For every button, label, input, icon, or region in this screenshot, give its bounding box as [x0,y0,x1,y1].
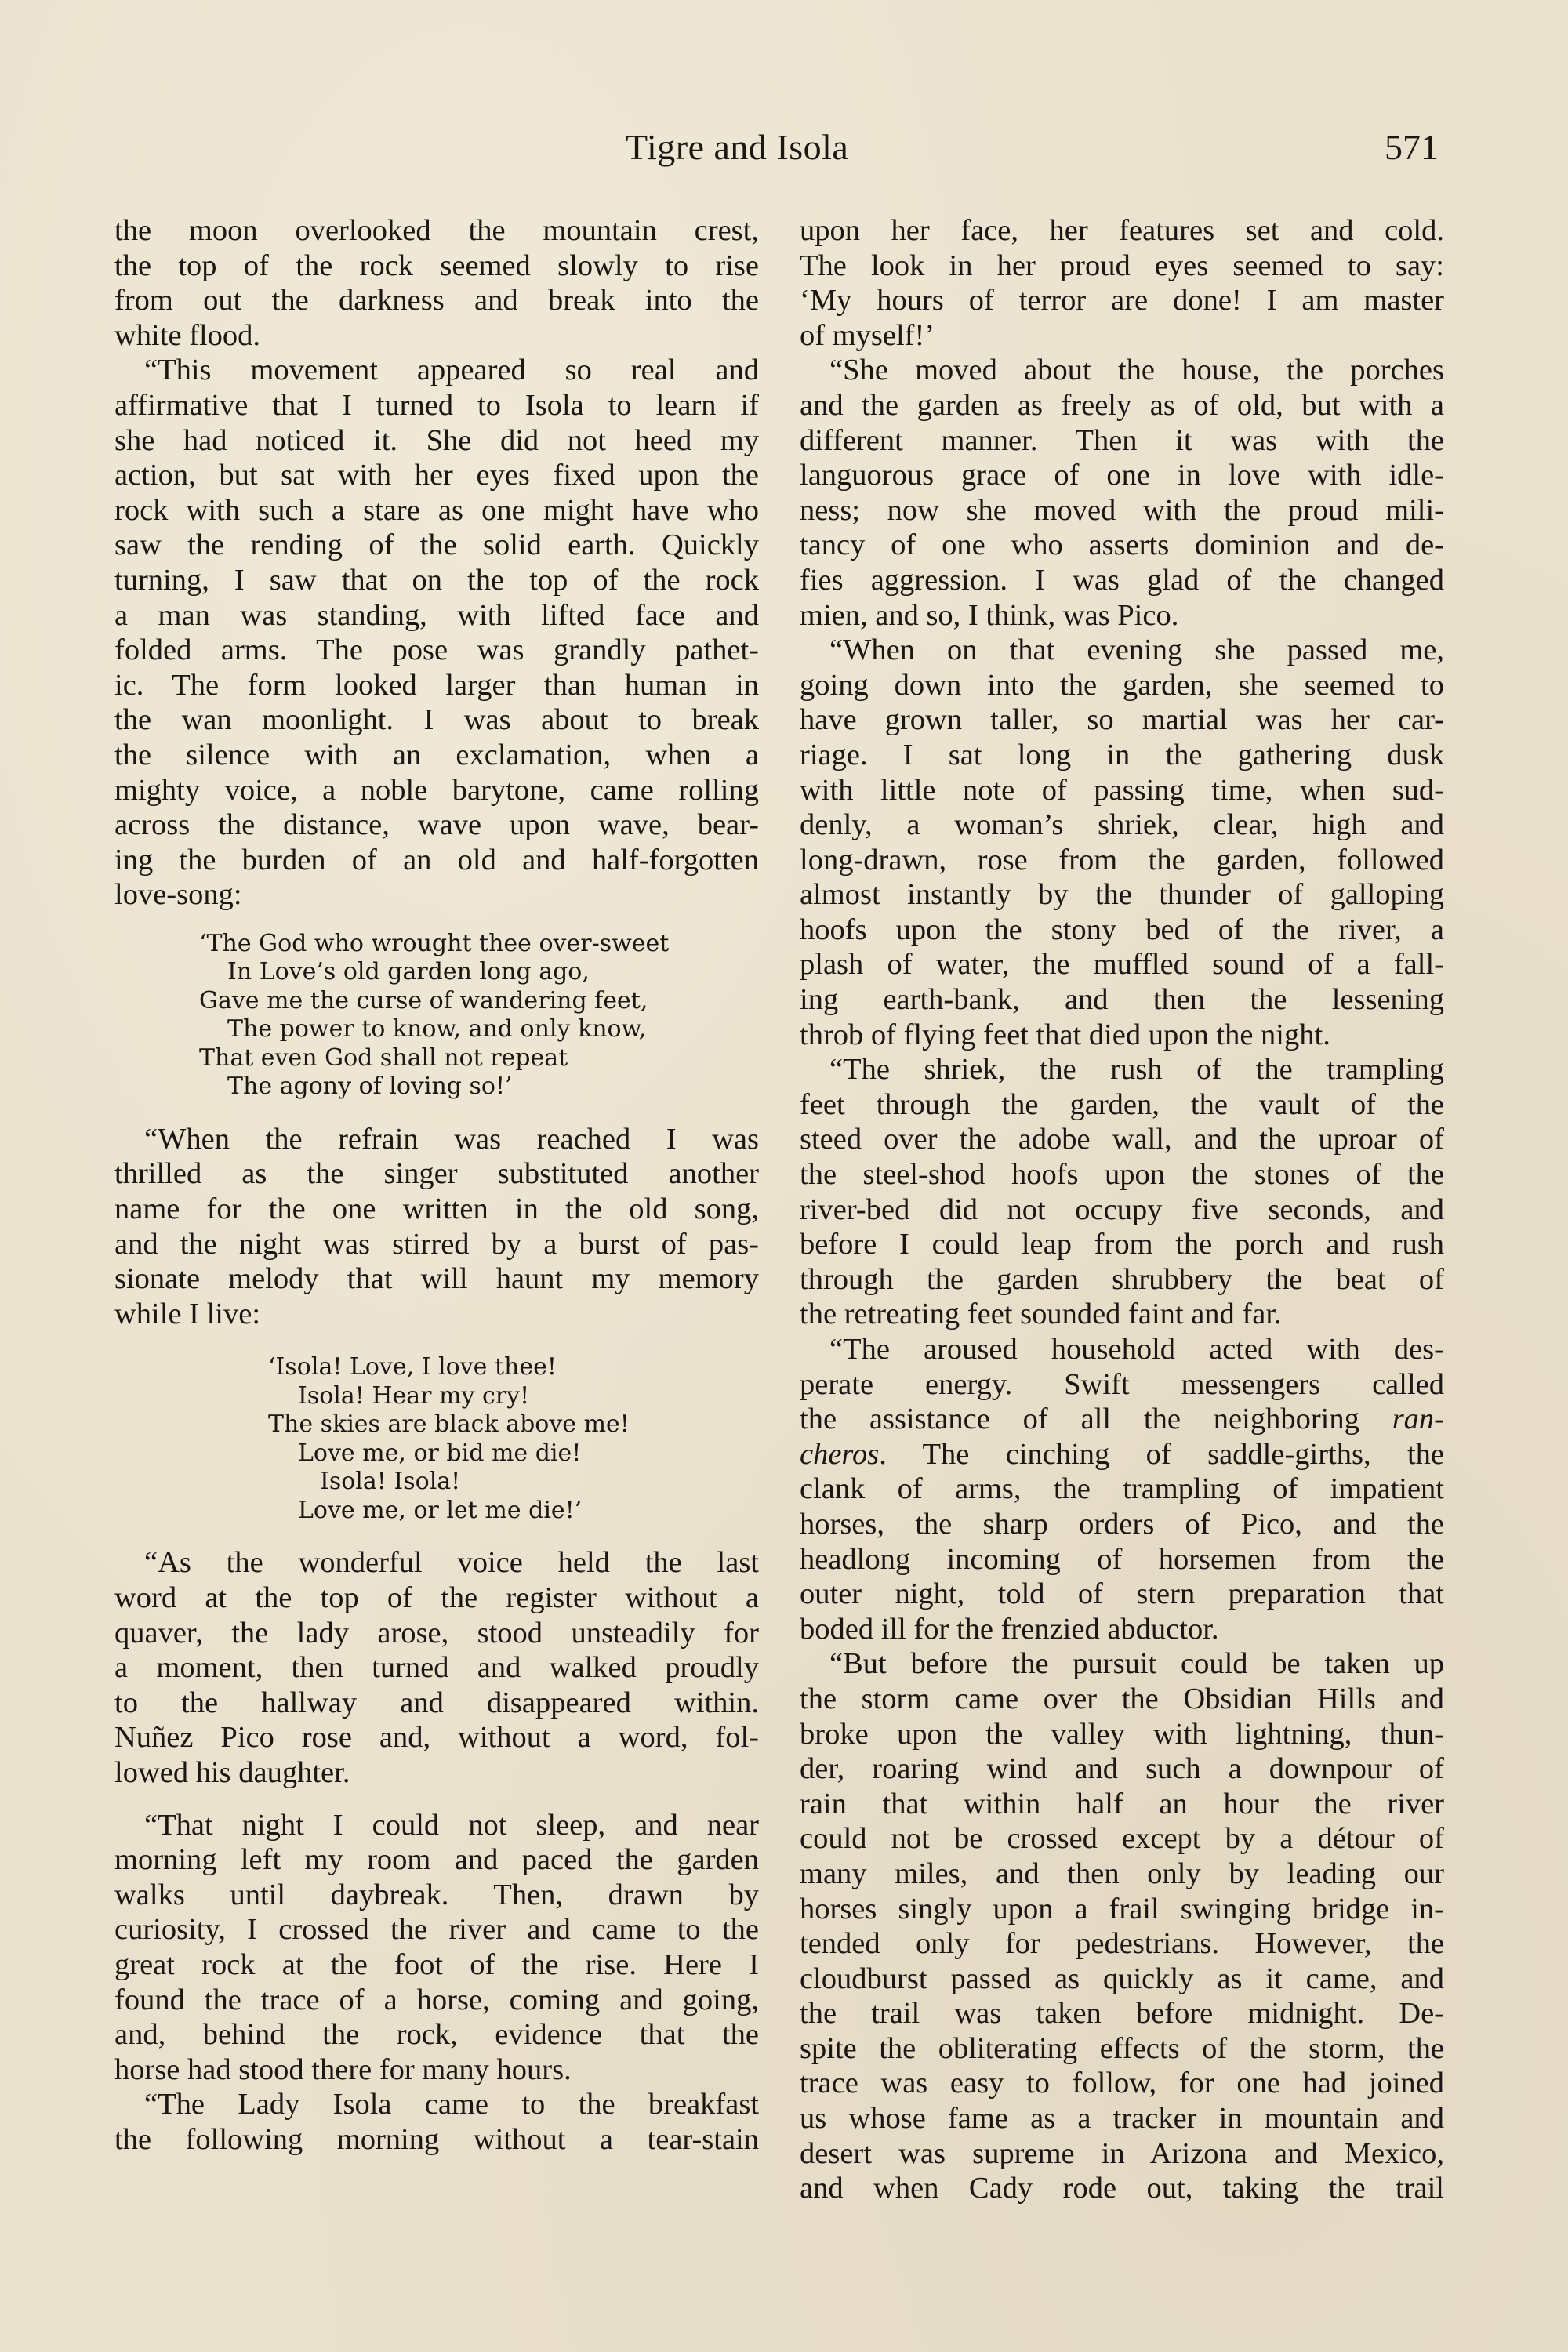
text-line: and, behind the rock, evidence that the [114,2017,759,2053]
text-run: the assistance of all the neighboring [800,1403,1392,1436]
paragraph: “When on that evening she passed me, goi… [800,633,1444,1052]
text-line: ic. The form looked larger than human in [114,668,759,703]
text-line: to the hallway and disappeared within. [114,1686,759,1721]
text-line: der, roaring wind and such a downpour of [800,1751,1444,1787]
text-line: “As the wonderful voice held the last [114,1545,759,1581]
text-line: horses singly upon a frail swinging brid… [800,1892,1444,1927]
paragraph: “But before the pursuit could be taken u… [800,1646,1444,2206]
text-line: long-drawn, rose from the garden, follow… [800,843,1444,878]
paragraph: “She moved about the house, the porches … [800,353,1444,633]
left-column: the moon overlooked the mountain crest, … [114,213,759,2158]
text-line: feet through the garden, the vault of th… [800,1087,1444,1123]
text-line: boded ill for the frenzied abductor. [800,1612,1444,1647]
text-line: broke upon the valley with lightning, th… [800,1717,1444,1752]
text-line: upon her face, her features set and cold… [800,213,1444,249]
text-line: with little note of passing time, when s… [800,773,1444,808]
text-line: the trail was taken before midnight. De- [800,1996,1444,2031]
italic-word: ran- [1392,1403,1444,1436]
text-line: found the trace of a horse, coming and g… [114,1983,759,2018]
text-line: Nuñez Pico rose and, without a word, fol… [114,1720,759,1755]
italic-word: cheros [800,1438,879,1471]
text-line: river-bed did not occupy five seconds, a… [800,1192,1444,1228]
text-line: love-song: [114,877,759,913]
verse-line: Isola! Hear my cry! [268,1382,759,1411]
text-line: thrilled as the singer substituted anoth… [114,1156,759,1192]
running-head: Tigre and Isola 571 [0,124,1568,171]
text-line: going down into the garden, she seemed t… [800,668,1444,703]
text-line: action, but sat with her eyes fixed upon… [114,458,759,493]
text-line: walks until daybreak. Then, drawn by [114,1878,759,1913]
text-line: morning left my room and paced the garde… [114,1842,759,1878]
text-line: rain that within half an hour the river [800,1787,1444,1822]
text-line: lowed his daughter. [114,1755,759,1791]
paragraph: “That night I could not sleep, and near … [114,1808,759,2088]
text-line: “This movement appeared so real and [114,353,759,388]
paragraph: “When the refrain was reached I was thri… [114,1122,759,1332]
text-line: different manner. Then it was with the [800,423,1444,459]
text-line: the following morning without a tear-sta… [114,2122,759,2158]
paragraph: upon her face, her features set and cold… [800,213,1444,353]
verse-line: The skies are black above me! [268,1410,759,1439]
text-line: many miles, and then only by leading our [800,1857,1444,1892]
text-line: and the night was stirred by a burst of … [114,1227,759,1262]
text-line: ing earth-bank, and then the lessening [800,982,1444,1018]
text-line: tancy of one who asserts dominion and de… [800,528,1444,563]
text-line: us whose fame as a tracker in mountain a… [800,2101,1444,2136]
text-line: cloudburst passed as quickly as it came,… [800,1962,1444,1997]
text-line: white flood. [114,318,759,354]
text-line: of myself!’ [800,318,1444,354]
text-line: outer night, told of stern preparation t… [800,1577,1444,1612]
text-line: “The shriek, the rush of the trampling [800,1052,1444,1087]
text-line: spite the obliterating effects of the st… [800,2031,1444,2067]
text-line: “When on that evening she passed me, [800,633,1444,668]
verse-block: ‘The God who wrought thee over-sweet In … [199,930,759,1102]
text-line: trace was easy to follow, for one had jo… [800,2066,1444,2101]
text-line: desert was supreme in Arizona and Mexico… [800,2136,1444,2172]
verse-line: Gave me the curse of wandering feet, [199,987,759,1016]
text-line: turning, I saw that on the top of the ro… [114,563,759,598]
verse-line: Love me, or let me die!’ [268,1497,759,1526]
text-line: while I live: [114,1297,759,1332]
text-line: and the garden as freely as of old, but … [800,388,1444,423]
verse-line: ‘The God who wrought thee over-sweet [199,930,759,959]
text-line: across the distance, wave upon wave, bea… [114,808,759,843]
text-line: through the garden shrubbery the beat of [800,1262,1444,1298]
text-line: tended only for pedestrians. However, th… [800,1926,1444,1962]
text-line: clank of arms, the trampling of impatien… [800,1472,1444,1507]
text-line: horse had stood there for many hours. [114,2053,759,2088]
verse-line: The agony of loving so!’ [199,1073,759,1102]
text-line: from out the darkness and break into the [114,283,759,318]
text-line: could not be crossed except by a détour … [800,1821,1444,1857]
verse-line: The power to know, and only know, [199,1015,759,1044]
text-line: plash of water, the muffled sound of a f… [800,947,1444,982]
text-line: “When the refrain was reached I was [114,1122,759,1157]
text-line: name for the one written in the old song… [114,1192,759,1227]
text-line: the silence with an exclamation, when a [114,738,759,773]
paragraph: “As the wonderful voice held the last wo… [114,1545,759,1790]
text-line: hoofs upon the stony bed of the river, a [800,913,1444,948]
text-line: word at the top of the register without … [114,1581,759,1616]
right-column: upon her face, her features set and cold… [800,213,1444,2206]
text-line: “That night I could not sleep, and near [114,1808,759,1843]
paragraph: “This movement appeared so real and affi… [114,353,759,913]
text-line: mighty voice, a noble barytone, came rol… [114,773,759,808]
text-line: “The Lady Isola came to the breakfast [114,2087,759,2122]
text-line: curiosity, I crossed the river and came … [114,1912,759,1947]
verse-line: In Love’s old garden long ago, [199,958,759,987]
text-line: “She moved about the house, the porches [800,353,1444,388]
book-page: Tigre and Isola 571 the moon overlooked … [0,0,1568,2352]
verse-line: Love me, or bid me die! [268,1439,759,1468]
text-line: steed over the adobe wall, and the uproa… [800,1122,1444,1157]
text-line: the wan moonlight. I was about to break [114,702,759,738]
text-line: The look in her proud eyes seemed to say… [800,249,1444,284]
text-line: great rock at the foot of the rise. Here… [114,1947,759,1983]
text-line: cheros. The cinching of saddle-girths, t… [800,1437,1444,1472]
text-line: and when Cady rode out, taking the trail [800,2171,1444,2206]
section-gap [114,1791,759,1808]
text-line: headlong incoming of horsemen from the [800,1542,1444,1577]
text-line: a man was standing, with lifted face and [114,598,759,633]
text-line: languorous grace of one in love with idl… [800,458,1444,493]
text-line: “But before the pursuit could be taken u… [800,1646,1444,1682]
text-line: fies aggression. I was glad of the chang… [800,563,1444,598]
text-line: the assistance of all the neighboring ra… [800,1402,1444,1437]
verse-block: ‘Isola! Love, I love thee! Isola! Hear m… [268,1353,759,1525]
text-line: the storm came over the Obsidian Hills a… [800,1682,1444,1717]
text-line: mien, and so, I think, was Pico. [800,598,1444,633]
text-line: the moon overlooked the mountain crest, [114,213,759,249]
paragraph: “The Lady Isola came to the breakfast th… [114,2087,759,2157]
text-line: “The aroused household acted with des- [800,1332,1444,1367]
text-line: the steel-shod hoofs upon the stones of … [800,1157,1444,1192]
text-line: saw the rending of the solid earth. Quic… [114,528,759,563]
text-line: have grown taller, so martial was her ca… [800,702,1444,738]
text-line: riage. I sat long in the gathering dusk [800,738,1444,773]
text-line: sionate melody that will haunt my memory [114,1261,759,1297]
paragraph: “The shriek, the rush of the trampling f… [800,1052,1444,1332]
paragraph: the moon overlooked the mountain crest, … [114,213,759,353]
verse-line: That even God shall not repeat [199,1044,759,1073]
paragraph: “The aroused household acted with des- p… [800,1332,1444,1646]
page-number: 571 [1385,124,1439,171]
text-line: affirmative that I turned to Isola to le… [114,388,759,423]
text-line: ‘My hours of terror are done! I am maste… [800,283,1444,318]
text-line: rock with such a stare as one might have… [114,493,759,528]
verse-line: Isola! Isola! [268,1468,759,1497]
text-line: ness; now she moved with the proud mili- [800,493,1444,528]
text-line: quaver, the lady arose, stood unsteadily… [114,1616,759,1651]
running-title: Tigre and Isola [626,124,848,171]
text-line: she had noticed it. She did not heed my [114,423,759,459]
text-line: perate energy. Swift messengers called [800,1367,1444,1403]
text-line: throb of flying feet that died upon the … [800,1018,1444,1053]
text-line: horses, the sharp orders of Pico, and th… [800,1507,1444,1542]
text-run: . The cinching of saddle-girths, the [879,1438,1444,1471]
text-line: a moment, then turned and walked proudly [114,1650,759,1686]
text-line: the top of the rock seemed slowly to ris… [114,249,759,284]
text-line: folded arms. The pose was grandly pathet… [114,633,759,668]
text-line: the retreating feet sounded faint and fa… [800,1297,1444,1332]
verse-line: ‘Isola! Love, I love thee! [268,1353,759,1382]
text-line: denly, a woman’s shriek, clear, high and [800,808,1444,843]
text-line: before I could leap from the porch and r… [800,1227,1444,1262]
text-line: almost instantly by the thunder of gallo… [800,877,1444,913]
text-line: ing the burden of an old and half-forgot… [114,843,759,878]
